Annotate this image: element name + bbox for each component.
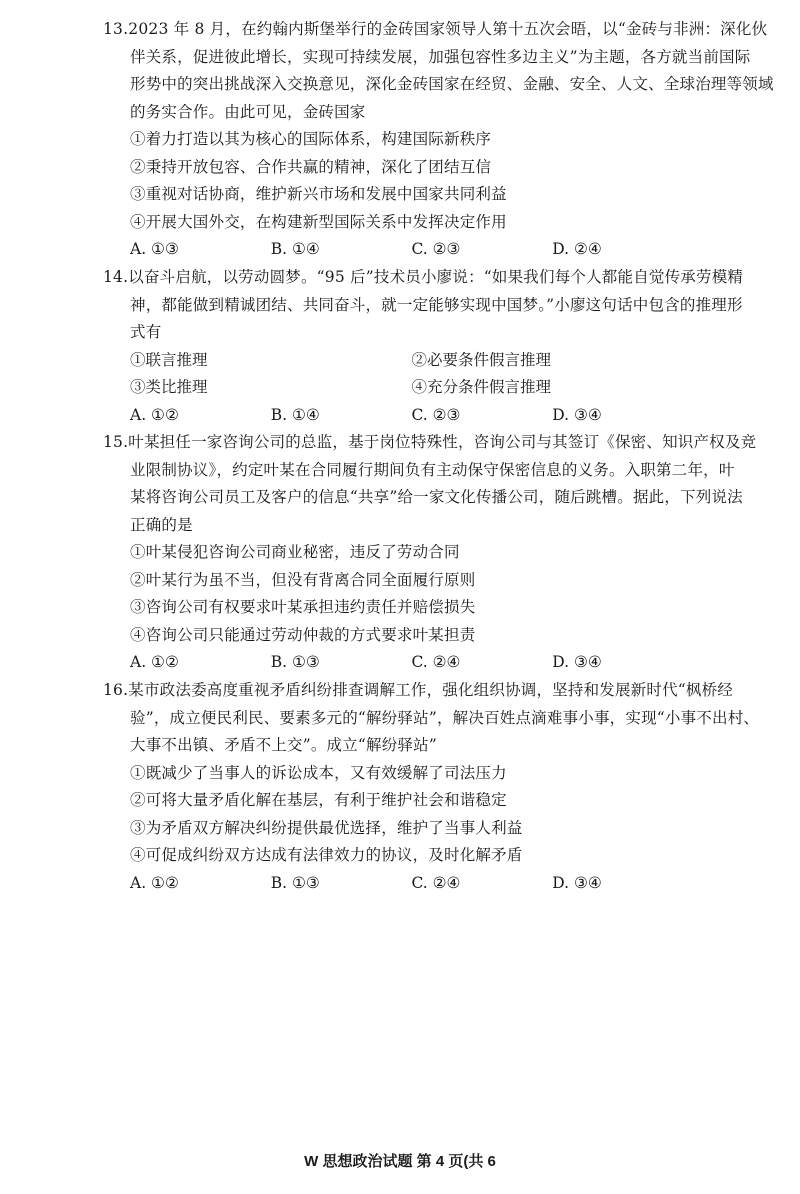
stem-line: 形势中的突出挑战深入交换意见，深化金砖国家在经贸、金融、安全、人文、全球治理等领…	[103, 71, 693, 99]
question-stem: 16.某市政法委高度重视矛盾纠纷排查调解工作，强化组织协调，坚持和发展新时代“枫…	[103, 677, 693, 705]
choice-a: A. ①③	[130, 236, 271, 264]
question-stem: 13.2023 年 8 月，在约翰内斯堡举行的金砖国家领导人第十五次会晤，以“金…	[103, 16, 693, 44]
answer-choices: A. ①② B. ①③ C. ②④ D. ③④	[103, 870, 693, 898]
choice-d: D. ③④	[552, 402, 693, 430]
choice-d: D. ②④	[552, 236, 693, 264]
question-15: 15.叶某担任一家咨询公司的总监，基于岗位特殊性，咨询公司与其签订《保密、知识产…	[103, 429, 693, 677]
stem-line: 2023 年 8 月，在约翰内斯堡举行的金砖国家领导人第十五次会晤，以“金砖与非…	[128, 20, 767, 38]
question-14: 14.以奋斗启航，以劳动圆梦。“95 后”技术员小廖说：“如果我们每个人都能自觉…	[103, 264, 693, 429]
statement: ①既减少了当事人的诉讼成本，又有效缓解了司法压力	[103, 760, 693, 788]
choice-a: A. ①②	[130, 402, 271, 430]
statement: ③咨询公司有权要求叶某承担违约责任并赔偿损失	[103, 594, 693, 622]
stem-line: 某市政法委高度重视矛盾纠纷排查调解工作，强化组织协调，坚持和发展新时代“枫桥经	[128, 681, 733, 699]
stem-line: 神，都能做到精诚团结、共同奋斗，就一定能够实现中国梦。”小廖这句话中包含的推理形	[103, 292, 693, 320]
statement: ③重视对话协商，维护新兴市场和发展中国家共同利益	[103, 181, 693, 209]
question-13: 13.2023 年 8 月，在约翰内斯堡举行的金砖国家领导人第十五次会晤，以“金…	[103, 16, 693, 264]
statement-row: ③类比推理 ④充分条件假言推理	[103, 374, 693, 402]
answer-choices: A. ①② B. ①④ C. ②③ D. ③④	[103, 402, 693, 430]
stem-line: 验”，成立便民利民、要素多元的“解纷驿站”，解决百姓点滴难事小事，实现“小事不出…	[103, 705, 693, 733]
statement: ①叶某侵犯咨询公司商业秘密，违反了劳动合同	[103, 539, 693, 567]
statement: ②叶某行为虽不当，但没有背离合同全面履行原则	[103, 567, 693, 595]
statement-row: ①联言推理 ②必要条件假言推理	[103, 347, 693, 375]
statement: ②必要条件假言推理	[412, 347, 694, 375]
choice-b: B. ①④	[271, 236, 412, 264]
choice-c: C. ②④	[412, 649, 553, 677]
stem-line: 正确的是	[103, 512, 693, 540]
stem-line: 业限制协议》，约定叶某在合同履行期间负有主动保守保密信息的义务。入职第二年，叶	[103, 457, 693, 485]
question-number: 14.	[103, 268, 128, 286]
choice-a: A. ①②	[130, 649, 271, 677]
question-stem: 15.叶某担任一家咨询公司的总监，基于岗位特殊性，咨询公司与其签订《保密、知识产…	[103, 429, 693, 457]
statement: ③为矛盾双方解决纠纷提供最优选择，维护了当事人利益	[103, 815, 693, 843]
answer-choices: A. ①③ B. ①④ C. ②③ D. ②④	[103, 236, 693, 264]
statement: ④开展大国外交，在构建新型国际关系中发挥决定作用	[103, 209, 693, 237]
stem-line: 的务实合作。由此可见，金砖国家	[103, 99, 693, 127]
question-number: 15.	[103, 433, 128, 451]
page-footer: W 思想政治试题 第 4 页(共 6	[0, 1150, 800, 1171]
choice-a: A. ①②	[130, 870, 271, 898]
stem-line: 叶某担任一家咨询公司的总监，基于岗位特殊性，咨询公司与其签订《保密、知识产权及竞	[128, 433, 756, 451]
statement: ②秉持开放包容、合作共赢的精神，深化了团结互信	[103, 154, 693, 182]
statement: ①着力打造以其为核心的国际体系，构建国际新秩序	[103, 126, 693, 154]
question-number: 13.	[103, 20, 128, 38]
statement: ②可将大量矛盾化解在基层，有利于维护社会和谐稳定	[103, 787, 693, 815]
answer-choices: A. ①② B. ①③ C. ②④ D. ③④	[103, 649, 693, 677]
choice-c: C. ②④	[412, 870, 553, 898]
statement: ③类比推理	[130, 374, 412, 402]
choice-c: C. ②③	[412, 236, 553, 264]
stem-line: 式有	[103, 319, 693, 347]
question-number: 16.	[103, 681, 128, 699]
choice-d: D. ③④	[552, 649, 693, 677]
choice-d: D. ③④	[552, 870, 693, 898]
stem-line: 大事不出镇、矛盾不上交”。成立“解纷驿站”	[103, 732, 693, 760]
statement: ④咨询公司只能通过劳动仲裁的方式要求叶某担责	[103, 622, 693, 650]
choice-b: B. ①③	[271, 870, 412, 898]
statement: ①联言推理	[130, 347, 412, 375]
question-stem: 14.以奋斗启航，以劳动圆梦。“95 后”技术员小廖说：“如果我们每个人都能自觉…	[103, 264, 693, 292]
stem-line: 以奋斗启航，以劳动圆梦。“95 后”技术员小廖说：“如果我们每个人都能自觉传承劳…	[128, 268, 743, 286]
choice-b: B. ①③	[271, 649, 412, 677]
exam-page: 13.2023 年 8 月，在约翰内斯堡举行的金砖国家领导人第十五次会晤，以“金…	[0, 0, 800, 1194]
choice-b: B. ①④	[271, 402, 412, 430]
statement: ④可促成纠纷双方达成有法律效力的协议，及时化解矛盾	[103, 842, 693, 870]
statement: ④充分条件假言推理	[412, 374, 694, 402]
stem-line: 伴关系，促进彼此增长，实现可持续发展，加强包容性多边主义”为主题，各方就当前国际	[103, 44, 693, 72]
question-16: 16.某市政法委高度重视矛盾纠纷排查调解工作，强化组织协调，坚持和发展新时代“枫…	[103, 677, 693, 897]
stem-line: 某将咨询公司员工及客户的信息“共享”给一家文化传播公司，随后跳槽。据此，下列说法	[103, 484, 693, 512]
choice-c: C. ②③	[412, 402, 553, 430]
